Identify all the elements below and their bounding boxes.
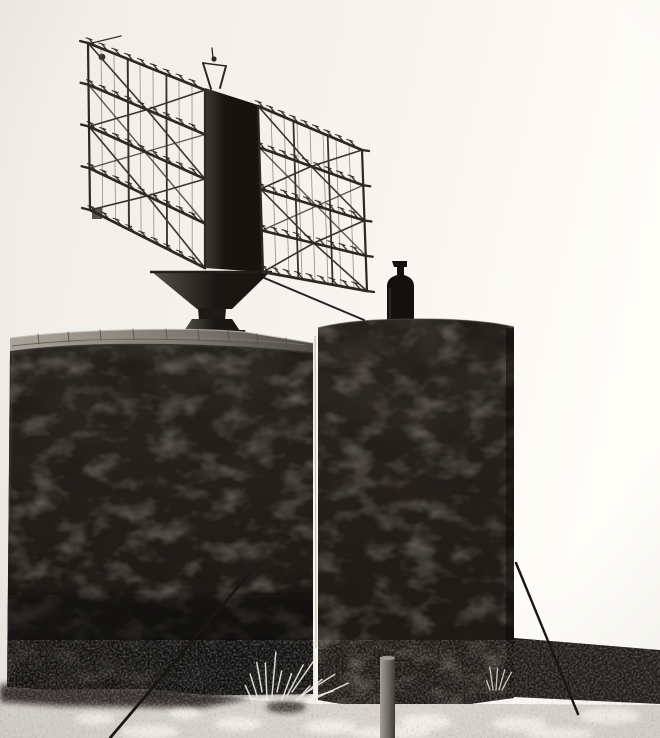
photo-vignette (0, 0, 660, 738)
photograph-radar-installation (0, 0, 660, 738)
photo-canvas (0, 0, 660, 738)
